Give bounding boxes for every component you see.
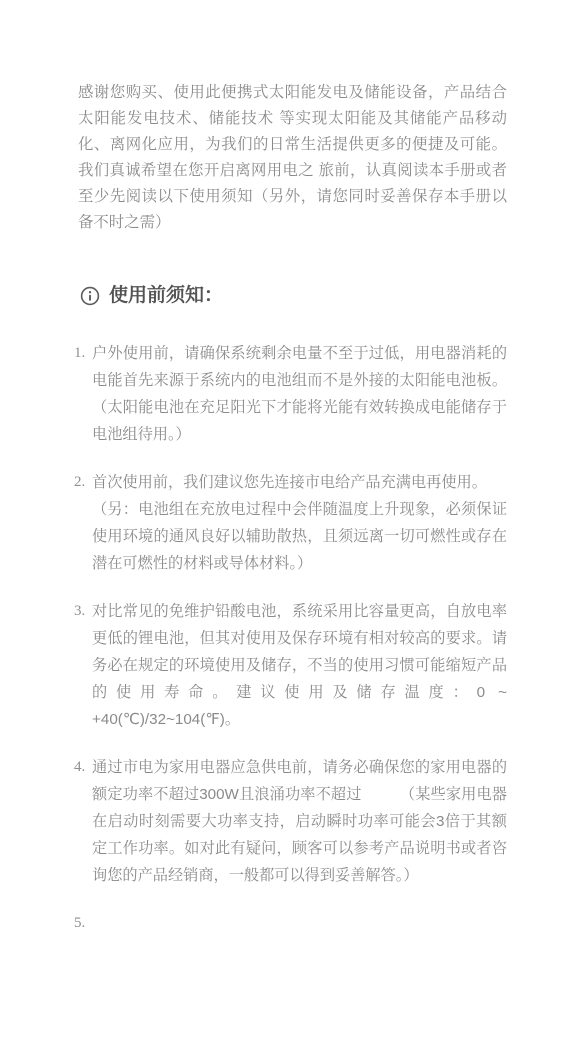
item-number: 5. [74, 910, 92, 937]
item-number: 2. [74, 469, 92, 496]
notice-item-5: 5. [74, 910, 507, 937]
intro-paragraph: 感谢您购买、使用此便携式太阳能发电及储能设备，产品结合太阳能发电技术、储能技术 … [78, 80, 507, 236]
item-text: 户外使用前，请确保系统剩余电量不至于过低，用电器消耗的电能首先来源于系统内的电池… [92, 340, 507, 448]
notice-item-1: 1. 户外使用前，请确保系统剩余电量不至于过低，用电器消耗的电能首先来源于系统内… [74, 340, 507, 448]
manual-page: 感谢您购买、使用此便携式太阳能发电及储能设备，产品结合太阳能发电技术、储能技术 … [0, 0, 582, 1054]
item-number: 3. [74, 598, 92, 625]
item-text: 首次使用前，我们建议您先连接市电给产品充满电再使用。 （另：电池组在充放电过程中… [92, 469, 507, 577]
item-text: 对比常见的免维护铅酸电池，系统采用比容量更高，自放电率更低的锂电池，但其对使用及… [92, 598, 507, 733]
item-number: 1. [74, 340, 92, 367]
info-circle-icon [80, 286, 100, 306]
notice-item-3: 3. 对比常见的免维护铅酸电池，系统采用比容量更高，自放电率更低的锂电池，但其对… [74, 598, 507, 733]
notice-item-2: 2. 首次使用前，我们建议您先连接市电给产品充满电再使用。 （另：电池组在充放电… [74, 469, 507, 577]
item-text: 通过市电为家用电器应急供电前，请务必确保您的家用电器的额定功率不超过300W且浪… [92, 754, 507, 889]
notice-list: 1. 户外使用前，请确保系统剩余电量不至于过低，用电器消耗的电能首先来源于系统内… [74, 340, 507, 937]
section-heading: 使用前须知： [80, 283, 507, 309]
section-heading-text: 使用前须知： [109, 283, 223, 309]
item-number: 4. [74, 754, 92, 781]
notice-item-4: 4. 通过市电为家用电器应急供电前，请务必确保您的家用电器的额定功率不超过300… [74, 754, 507, 889]
